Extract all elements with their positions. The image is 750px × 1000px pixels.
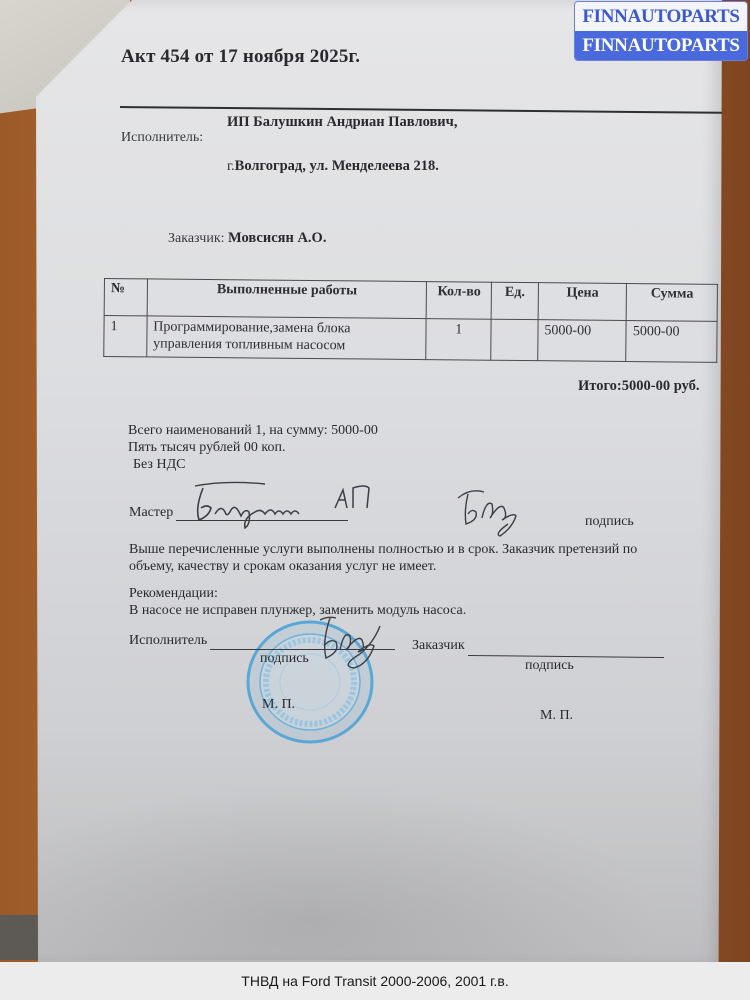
executor-name: ИП Балушкин Андриан Павлович, bbox=[227, 114, 457, 131]
row-price: 5000-00 bbox=[538, 320, 627, 362]
executor-sign-line bbox=[210, 649, 395, 650]
executor-address: г.Волгоград, ул. Менделеева 218. bbox=[227, 157, 439, 175]
logo-text-bottom: FINNAUTOPARTS bbox=[575, 31, 747, 60]
row-unit bbox=[491, 319, 538, 360]
row-quantity: 1 bbox=[426, 319, 491, 361]
customer-line: Заказчик: Мовсисян А.О. bbox=[168, 229, 326, 247]
document-title: Акт 454 от 17 ноября 2025г. bbox=[121, 46, 360, 68]
row-work-description: Программирование,замена блока управления… bbox=[147, 316, 427, 360]
header-number: № bbox=[104, 279, 147, 316]
customer-label: Заказчик: bbox=[168, 231, 228, 246]
listing-caption: ТНВД на Ford Transit 2000-2006, 2001 г.в… bbox=[0, 962, 750, 1000]
row-sum: 5000-00 bbox=[626, 321, 717, 363]
master-line bbox=[176, 520, 348, 521]
work-line-2: управления топливным насосом bbox=[153, 335, 420, 355]
executor-sign-caption: подпись bbox=[260, 651, 309, 667]
executor-sign-label: Исполнитель bbox=[129, 633, 207, 649]
executor-address-prefix: г. bbox=[227, 159, 235, 174]
customer-name: Мовсисян А.О. bbox=[228, 230, 326, 246]
recommendations-text: В насосе не исправен плунжер, заменить м… bbox=[129, 603, 466, 619]
header-unit: Ед. bbox=[491, 282, 538, 319]
executor-seal-mark: М. П. bbox=[262, 697, 295, 713]
header-quantity: Кол-во bbox=[427, 282, 492, 320]
logo-text-top: FINNAUTOPARTS bbox=[575, 2, 747, 31]
statement-line-1: Выше перечисленные услуги выполнены полн… bbox=[129, 542, 637, 558]
works-table: № Выполненные работы Кол-во Ед. Цена Сум… bbox=[103, 278, 718, 363]
summary-line-2: Пять тысяч рублей 00 коп. bbox=[128, 440, 285, 456]
customer-sign-caption: подпись bbox=[525, 658, 574, 674]
summary-line-1: Всего наименований 1, на сумму: 5000-00 bbox=[128, 423, 378, 439]
customer-seal-mark: М. П. bbox=[540, 708, 573, 724]
finnautoparts-logo: FINNAUTOPARTS FINNAUTOPARTS bbox=[575, 2, 747, 60]
row-number: 1 bbox=[104, 316, 147, 357]
customer-sign-label: Заказчик bbox=[412, 638, 465, 654]
table-header-row: № Выполненные работы Кол-во Ед. Цена Сум… bbox=[104, 279, 717, 322]
summary-line-3: Без НДС bbox=[133, 457, 185, 473]
total-amount: Итого:5000-00 руб. bbox=[578, 378, 700, 395]
master-signature-caption: подпись bbox=[585, 514, 634, 530]
executor-address-text: Волгоград, ул. Менделеева 218. bbox=[235, 158, 439, 174]
executor-label: Исполнитель: bbox=[121, 130, 203, 146]
background-object bbox=[0, 915, 38, 960]
master-label: Мастер bbox=[129, 505, 173, 521]
header-works: Выполненные работы bbox=[147, 279, 427, 319]
statement-line-2: объему, качеству и срокам оказания услуг… bbox=[129, 559, 436, 575]
header-price: Цена bbox=[538, 283, 627, 321]
header-sum: Сумма bbox=[627, 284, 718, 322]
recommendations-label: Рекомендации: bbox=[129, 586, 218, 602]
table-row: 1 Программирование,замена блока управлен… bbox=[104, 316, 717, 363]
